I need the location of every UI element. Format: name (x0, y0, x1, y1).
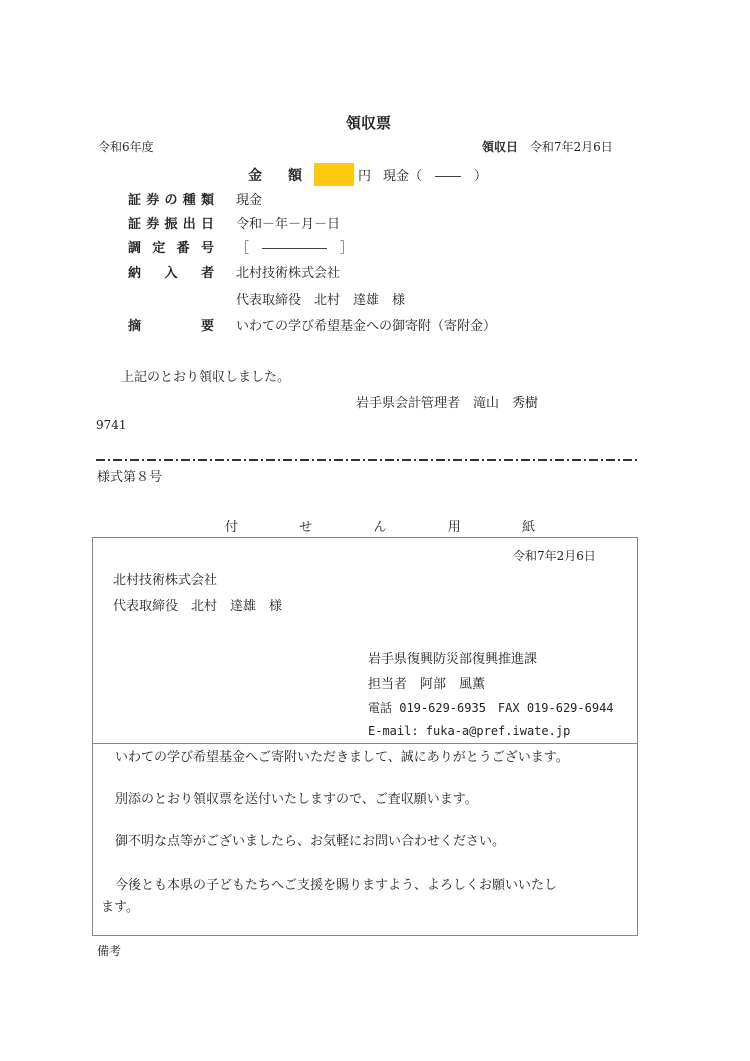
field-value: 令和－年－月－日 (236, 213, 340, 232)
field-payer-representative: 代表取締役 北村 達雄 様 (236, 289, 405, 308)
note-body-line-4: 今後とも本県の子どもたちへご支援を賜りますよう、よろしくお願いいたし (115, 874, 557, 893)
cut-line-divider (96, 459, 640, 461)
field-security-type: 証券の種類 現金 (128, 189, 262, 208)
field-assessment-number: 調定番号 ［ ――――― ］ (128, 237, 353, 256)
receipt-date: 令和7年2月6日 (530, 140, 613, 154)
note-box: 令和7年2月6日 北村技術株式会社 代表取締役 北村 達雄 様 岩手県復興防災部… (92, 537, 638, 936)
receipt-title: 領収票 (346, 112, 391, 133)
note-body-line-3: 御不明な点等がございましたら、お気軽にお問い合わせください。 (115, 830, 505, 849)
sender-email: E-mail: fuka-a@pref.iwate.jp (368, 724, 570, 738)
field-payer: 納入者 北村技術株式会社 (128, 262, 340, 281)
note-date: 令和7年2月6日 (513, 547, 596, 564)
amount-unit: 円 (358, 165, 371, 184)
sender-contact-person: 担当者 阿部 風薫 (368, 673, 485, 692)
field-label: 納入者 (128, 262, 214, 281)
sender-phone-fax: 電話 019-629-6935 FAX 019-629-6944 (368, 699, 614, 716)
amount-label: 金 額 (248, 165, 302, 185)
note-recipient-name: 代表取締役 北村 達雄 様 (113, 595, 282, 614)
note-body-line-2: 別添のとおり領収票を送付いたしますので、ご査収願います。 (115, 788, 478, 807)
field-value: ［ ――――― ］ (236, 237, 353, 256)
field-summary: 摘要 いわての学び希望基金への御寄附（寄附金） (128, 315, 496, 334)
note-title: 付せん用紙 (225, 516, 535, 535)
form-number: 様式第８号 (97, 466, 162, 485)
field-label: 証券振出日 (128, 213, 214, 232)
sender-department: 岩手県復興防災部復興推進課 (368, 648, 537, 667)
field-value: 北村技術株式会社 (236, 262, 340, 281)
note-body-line-5: ます。 (101, 896, 139, 915)
note-body-line-1: いわての学び希望基金へご寄附いただきまして、誠にありがとうございます。 (115, 746, 569, 765)
receipt-date-label: 領収日 (482, 140, 518, 154)
confirmation-text: 上記のとおり領収しました。 (121, 366, 290, 385)
cash-label: 現金（ ―― ） (383, 165, 487, 184)
amount-value-redacted (314, 163, 354, 186)
amount-row: 金 額 円 現金（ ―― ） (248, 163, 487, 186)
field-issue-date: 証券振出日 令和－年－月－日 (128, 213, 340, 232)
receipt-date-row: 領収日 令和7年2月6日 (482, 138, 613, 155)
serial-number: 9741 (96, 418, 127, 432)
note-divider (93, 743, 637, 744)
field-value: いわての学び希望基金への御寄附（寄附金） (236, 315, 496, 334)
remarks-label: 備考 (97, 942, 121, 959)
note-recipient-company: 北村技術株式会社 (113, 569, 217, 588)
field-label: 証券の種類 (128, 189, 214, 208)
field-label: 摘要 (128, 315, 214, 334)
fiscal-year: 令和6年度 (98, 138, 154, 155)
field-value: 現金 (236, 189, 262, 208)
field-label: 調定番号 (128, 237, 214, 256)
signatory: 岩手県会計管理者 滝山 秀樹 (356, 392, 538, 411)
